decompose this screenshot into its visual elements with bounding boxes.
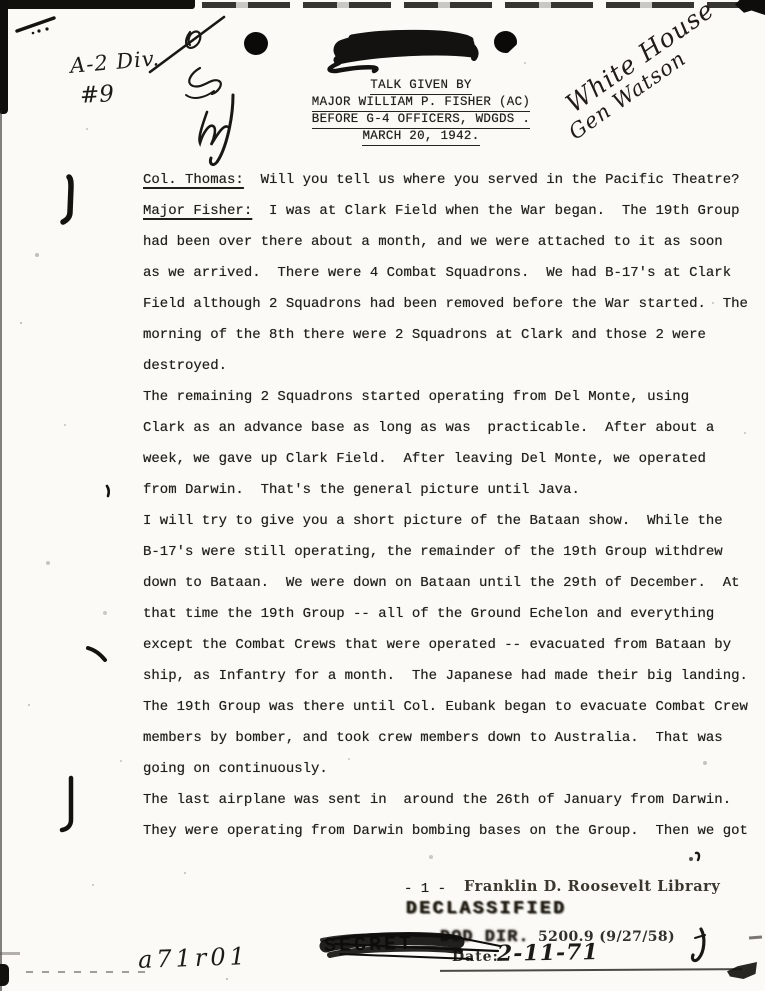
ink-dot-left [244, 32, 268, 55]
declassified-stamp: DECLASSIFIED [406, 899, 567, 919]
typed-line: The 19th Group was there until Col. Euba… [143, 692, 759, 723]
scan-edge-top-left [0, 0, 195, 9]
typed-line: morning of the 8th there were 2 Squadron… [143, 320, 759, 351]
handwritten-division-annotation: A-2 Div. [69, 46, 161, 78]
handwritten-number-annotation: #9 [79, 81, 114, 109]
typed-line: B-17's were still operating, the remaind… [143, 537, 759, 568]
typed-line: The remaining 2 Squadrons started operat… [143, 382, 759, 413]
handwritten-routing-note: White House Gen Watson [545, 6, 765, 171]
typed-line: They were operating from Darwin bombing … [143, 816, 759, 847]
library-stamp: Franklin D. Roosevelt Library [464, 878, 720, 895]
crossed-out-secret-stamp: SECRET [324, 933, 415, 958]
typed-line: as we arrived. There were 4 Combat Squad… [143, 258, 759, 289]
scanned-document-page: A-2 Div. #9 White House Gen Watson TALK … [0, 0, 765, 991]
margin-bar-bottom [62, 778, 71, 830]
typed-line: down to Bataan. We were down on Bataan u… [143, 568, 759, 599]
typed-line: that time the 19th Group -- all of the G… [143, 599, 759, 630]
typed-line: Clark as an advance base as long as was … [143, 413, 759, 444]
typed-line: ship, as Infantry for a month. The Japan… [143, 661, 759, 692]
handwritten-illegible-scribble [150, 17, 233, 165]
faint-dotted-line [26, 971, 146, 973]
pen-check-mark [692, 853, 705, 961]
title-line-4: MARCH 20, 1942. [290, 129, 552, 146]
page-number: - 1 - [404, 881, 446, 897]
scan-edge-left-line [0, 110, 2, 991]
redacted-classification-stamp [330, 33, 476, 71]
title-line-2: MAJOR WILLIAM P. FISHER (AC) [290, 95, 552, 112]
scan-edge-left-strip [0, 0, 8, 114]
title-line-3: BEFORE G-4 OFFICERS, WDGDS . [290, 112, 552, 129]
typed-line: members by bomber, and took crew members… [143, 723, 759, 754]
typed-line: Major Fisher: I was at Clark Field when … [143, 196, 759, 227]
margin-bar-top [63, 177, 71, 222]
scan-blob-bottom-left [0, 964, 9, 986]
footer-rule-line [440, 968, 742, 972]
title-line-1: TALK GIVEN BY [290, 78, 552, 95]
typed-line: Field although 2 Squadrons had been remo… [143, 289, 759, 320]
date-stamp-label: Date: [452, 949, 499, 965]
margin-pen-marks [62, 177, 109, 830]
margin-diagonal-tick [88, 648, 105, 660]
handwritten-archive-code: a71r01 [138, 942, 250, 974]
routing-note-rotated: White House Gen Watson [560, 0, 732, 136]
speaker-name: Col. Thomas: [143, 172, 244, 188]
faint-dash-bottom-left [0, 952, 20, 955]
typed-line: from Darwin. That's the general picture … [143, 475, 759, 506]
scan-speckles [0, 0, 2, 2]
typed-line: destroyed. [143, 351, 759, 382]
margin-tick-small [107, 486, 109, 496]
typed-line: week, we gave up Clark Field. After leav… [143, 444, 759, 475]
speaker-name: Major Fisher: [143, 203, 252, 219]
typed-line: had been over there about a month, and w… [143, 227, 759, 258]
document-title: TALK GIVEN BY MAJOR WILLIAM P. FISHER (A… [290, 78, 552, 146]
typed-line: I will try to give you a short picture o… [143, 506, 759, 537]
pen-dash-right-margin [749, 936, 762, 940]
typed-line: going on continuously. [143, 754, 759, 785]
handwritten-declassification-date: 2-11-71 [497, 939, 599, 967]
typed-line: The last airplane was sent in around the… [143, 785, 759, 816]
pen-dash-top-left [17, 18, 54, 34]
footer-rule-ink-blob [727, 962, 757, 979]
transcript-body: Col. Thomas: Will you tell us where you … [143, 165, 759, 847]
ink-dot-right [494, 31, 517, 53]
typed-line: except the Combat Crews that were operat… [143, 630, 759, 661]
